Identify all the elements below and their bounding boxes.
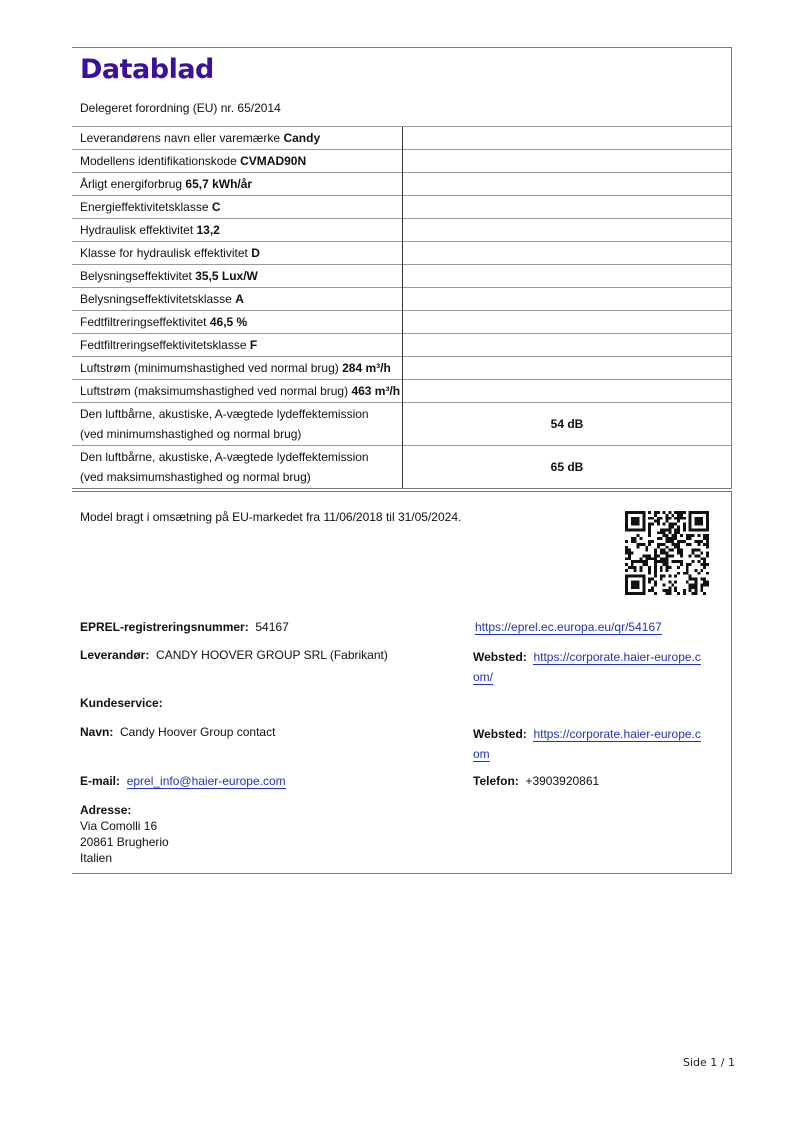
spec-row: Belysningseffektivitet 35,5 Lux/W bbox=[72, 265, 731, 288]
website-label: Websted: bbox=[473, 650, 527, 664]
address-block: Adresse: Via Comolli 16 20861 Brugherio … bbox=[80, 802, 169, 866]
eprel-row: EPREL-registreringsnummer: 54167 bbox=[80, 619, 289, 635]
address-label: Adresse: bbox=[80, 802, 169, 818]
spec-row: Årligt energiforbrug 65,7 kWh/år bbox=[72, 173, 731, 196]
spec-label: Fedtfiltreringseffektivitetsklasse bbox=[80, 338, 247, 352]
spec-label: Hydraulisk effektivitet bbox=[80, 223, 193, 237]
spec-value-cell bbox=[403, 311, 732, 334]
spec-value-cell bbox=[403, 334, 732, 357]
spec-label: Luftstrøm (minimumshastighed ved normal … bbox=[80, 361, 339, 375]
eprel-number: 54167 bbox=[255, 620, 288, 634]
spec-row: Luftstrøm (maksimumshastighed ved normal… bbox=[72, 380, 731, 403]
spec-label-cell: Leverandørens navn eller varemærke Candy bbox=[72, 127, 403, 150]
supplier-label: Leverandør: bbox=[80, 648, 149, 662]
datasheet-box: Datablad Delegeret forordning (EU) nr. 6… bbox=[72, 47, 732, 489]
spec-value: CVMAD90N bbox=[240, 154, 306, 168]
spec-label: Leverandørens navn eller varemærke bbox=[80, 131, 280, 145]
noise-label-line2: (ved maksimumshastighed og normal brug) bbox=[80, 467, 402, 487]
phone-row: Telefon: +3903920861 bbox=[473, 773, 599, 789]
spec-label-cell: Fedtfiltreringseffektivitetsklasse F bbox=[72, 334, 403, 357]
spec-label: Modellens identifikationskode bbox=[80, 154, 237, 168]
spec-label-cell: Modellens identifikationskode CVMAD90N bbox=[72, 150, 403, 173]
email-label: E-mail: bbox=[80, 774, 120, 788]
spec-value-cell bbox=[403, 219, 732, 242]
spec-row: Belysningseffektivitetsklasse A bbox=[72, 288, 731, 311]
spec-label: Årligt energiforbrug bbox=[80, 177, 182, 191]
qr-code-icon[interactable] bbox=[625, 511, 709, 595]
spec-value: Candy bbox=[283, 131, 320, 145]
contact-name: Candy Hoover Group contact bbox=[120, 725, 275, 739]
spec-value: 35,5 Lux/W bbox=[195, 269, 258, 283]
page-title: Datablad bbox=[80, 52, 731, 88]
spec-value: 463 m³/h bbox=[351, 384, 400, 398]
noise-label-cell: Den luftbårne, akustiske, A-vægtede lyde… bbox=[72, 446, 403, 489]
email-row: E-mail: eprel_info@haier-europe.com bbox=[80, 773, 286, 789]
spec-label-cell: Energieffektivitetsklasse C bbox=[72, 196, 403, 219]
spec-value: F bbox=[250, 338, 257, 352]
noise-value: 54 dB bbox=[403, 403, 732, 446]
eprel-label: EPREL-registreringsnummer: bbox=[80, 620, 249, 634]
noise-value: 65 dB bbox=[403, 446, 732, 489]
page-number: Side 1 / 1 bbox=[683, 1056, 735, 1069]
supplier-website-row: Websted: https://corporate.haier-europe.… bbox=[473, 647, 701, 687]
phone-label: Telefon: bbox=[473, 774, 519, 788]
spec-row: Fedtfiltreringseffektivitet 46,5 % bbox=[72, 311, 731, 334]
spec-label: Fedtfiltreringseffektivitet bbox=[80, 315, 207, 329]
spec-value: A bbox=[235, 292, 244, 306]
noise-label-line1: Den luftbårne, akustiske, A-vægtede lyde… bbox=[80, 404, 402, 424]
customer-service-heading: Kundeservice: bbox=[80, 695, 163, 711]
noise-label-cell: Den luftbårne, akustiske, A-vægtede lyde… bbox=[72, 403, 403, 446]
spec-value: 65,7 kWh/år bbox=[185, 177, 252, 191]
spec-label-cell: Belysningseffektivitet 35,5 Lux/W bbox=[72, 265, 403, 288]
spec-label: Energieffektivitetsklasse bbox=[80, 200, 209, 214]
spec-value-cell bbox=[403, 127, 732, 150]
spec-label-cell: Belysningseffektivitetsklasse A bbox=[72, 288, 403, 311]
spec-label-cell: Årligt energiforbrug 65,7 kWh/år bbox=[72, 173, 403, 196]
spec-value-cell bbox=[403, 196, 732, 219]
spec-value-cell bbox=[403, 265, 732, 288]
supplier-website-link[interactable]: https://corporate.haier-europe.c bbox=[533, 650, 700, 665]
spec-label: Belysningseffektivitet bbox=[80, 269, 192, 283]
spec-label: Belysningseffektivitetsklasse bbox=[80, 292, 232, 306]
spec-row: Hydraulisk effektivitet 13,2 bbox=[72, 219, 731, 242]
cs-website-link[interactable]: https://corporate.haier-europe.c bbox=[533, 727, 700, 742]
spec-row: Klasse for hydraulisk effektivitet D bbox=[72, 242, 731, 265]
spec-value: 46,5 % bbox=[210, 315, 247, 329]
spec-row: Energieffektivitetsklasse C bbox=[72, 196, 731, 219]
noise-row: Den luftbårne, akustiske, A-vægtede lyde… bbox=[72, 446, 731, 489]
spec-value-cell bbox=[403, 380, 732, 403]
cs-website-row: Websted: https://corporate.haier-europe.… bbox=[473, 724, 701, 764]
spec-value-cell bbox=[403, 357, 732, 380]
eprel-link[interactable]: https://eprel.ec.europa.eu/qr/54167 bbox=[475, 620, 662, 635]
supplier-website-link-cont[interactable]: om/ bbox=[473, 670, 493, 685]
phone-number: +3903920861 bbox=[525, 774, 599, 788]
spec-value-cell bbox=[403, 173, 732, 196]
spec-row: Leverandørens navn eller varemærke Candy bbox=[72, 127, 731, 150]
noise-label-line1: Den luftbårne, akustiske, A-vægtede lyde… bbox=[80, 447, 402, 467]
spec-value-cell bbox=[403, 242, 732, 265]
cs-website-link-cont[interactable]: om bbox=[473, 747, 490, 762]
spec-label: Klasse for hydraulisk effektivitet bbox=[80, 246, 248, 260]
spec-value: D bbox=[251, 246, 260, 260]
spec-table: Leverandørens navn eller varemærke Candy… bbox=[72, 126, 731, 488]
spec-label-cell: Luftstrøm (minimumshastighed ved normal … bbox=[72, 357, 403, 380]
address-line: 20861 Brugherio bbox=[80, 834, 169, 850]
spec-value-cell bbox=[403, 288, 732, 311]
contact-name-row: Navn: Candy Hoover Group contact bbox=[80, 724, 275, 740]
noise-label-line2: (ved minimumshastighed og normal brug) bbox=[80, 424, 402, 444]
noise-row: Den luftbårne, akustiske, A-vægtede lyde… bbox=[72, 403, 731, 446]
spec-row: Modellens identifikationskode CVMAD90N bbox=[72, 150, 731, 173]
name-label: Navn: bbox=[80, 725, 113, 739]
regulation-subtitle: Delegeret forordning (EU) nr. 65/2014 bbox=[80, 100, 731, 126]
spec-label-cell: Fedtfiltreringseffektivitet 46,5 % bbox=[72, 311, 403, 334]
spec-label-cell: Klasse for hydraulisk effektivitet D bbox=[72, 242, 403, 265]
spec-label: Luftstrøm (maksimumshastighed ved normal… bbox=[80, 384, 348, 398]
spec-value: 13,2 bbox=[197, 223, 220, 237]
spec-label-cell: Hydraulisk effektivitet 13,2 bbox=[72, 219, 403, 242]
address-line: Via Comolli 16 bbox=[80, 818, 169, 834]
market-period-text: Model bragt i omsætning på EU-markedet f… bbox=[80, 509, 461, 525]
address-line: Italien bbox=[80, 850, 169, 866]
spec-row: Luftstrøm (minimumshastighed ved normal … bbox=[72, 357, 731, 380]
email-link[interactable]: eprel_info@haier-europe.com bbox=[127, 774, 286, 789]
supplier-row: Leverandør: CANDY HOOVER GROUP SRL (Fabr… bbox=[80, 647, 388, 663]
cs-website-label: Websted: bbox=[473, 727, 527, 741]
spec-label-cell: Luftstrøm (maksimumshastighed ved normal… bbox=[72, 380, 403, 403]
spec-value-cell bbox=[403, 150, 732, 173]
info-box: Model bragt i omsætning på EU-markedet f… bbox=[72, 491, 732, 874]
spec-value: C bbox=[212, 200, 221, 214]
spec-value: 284 m³/h bbox=[342, 361, 391, 375]
supplier-name: CANDY HOOVER GROUP SRL (Fabrikant) bbox=[156, 648, 388, 662]
spec-row: Fedtfiltreringseffektivitetsklasse F bbox=[72, 334, 731, 357]
